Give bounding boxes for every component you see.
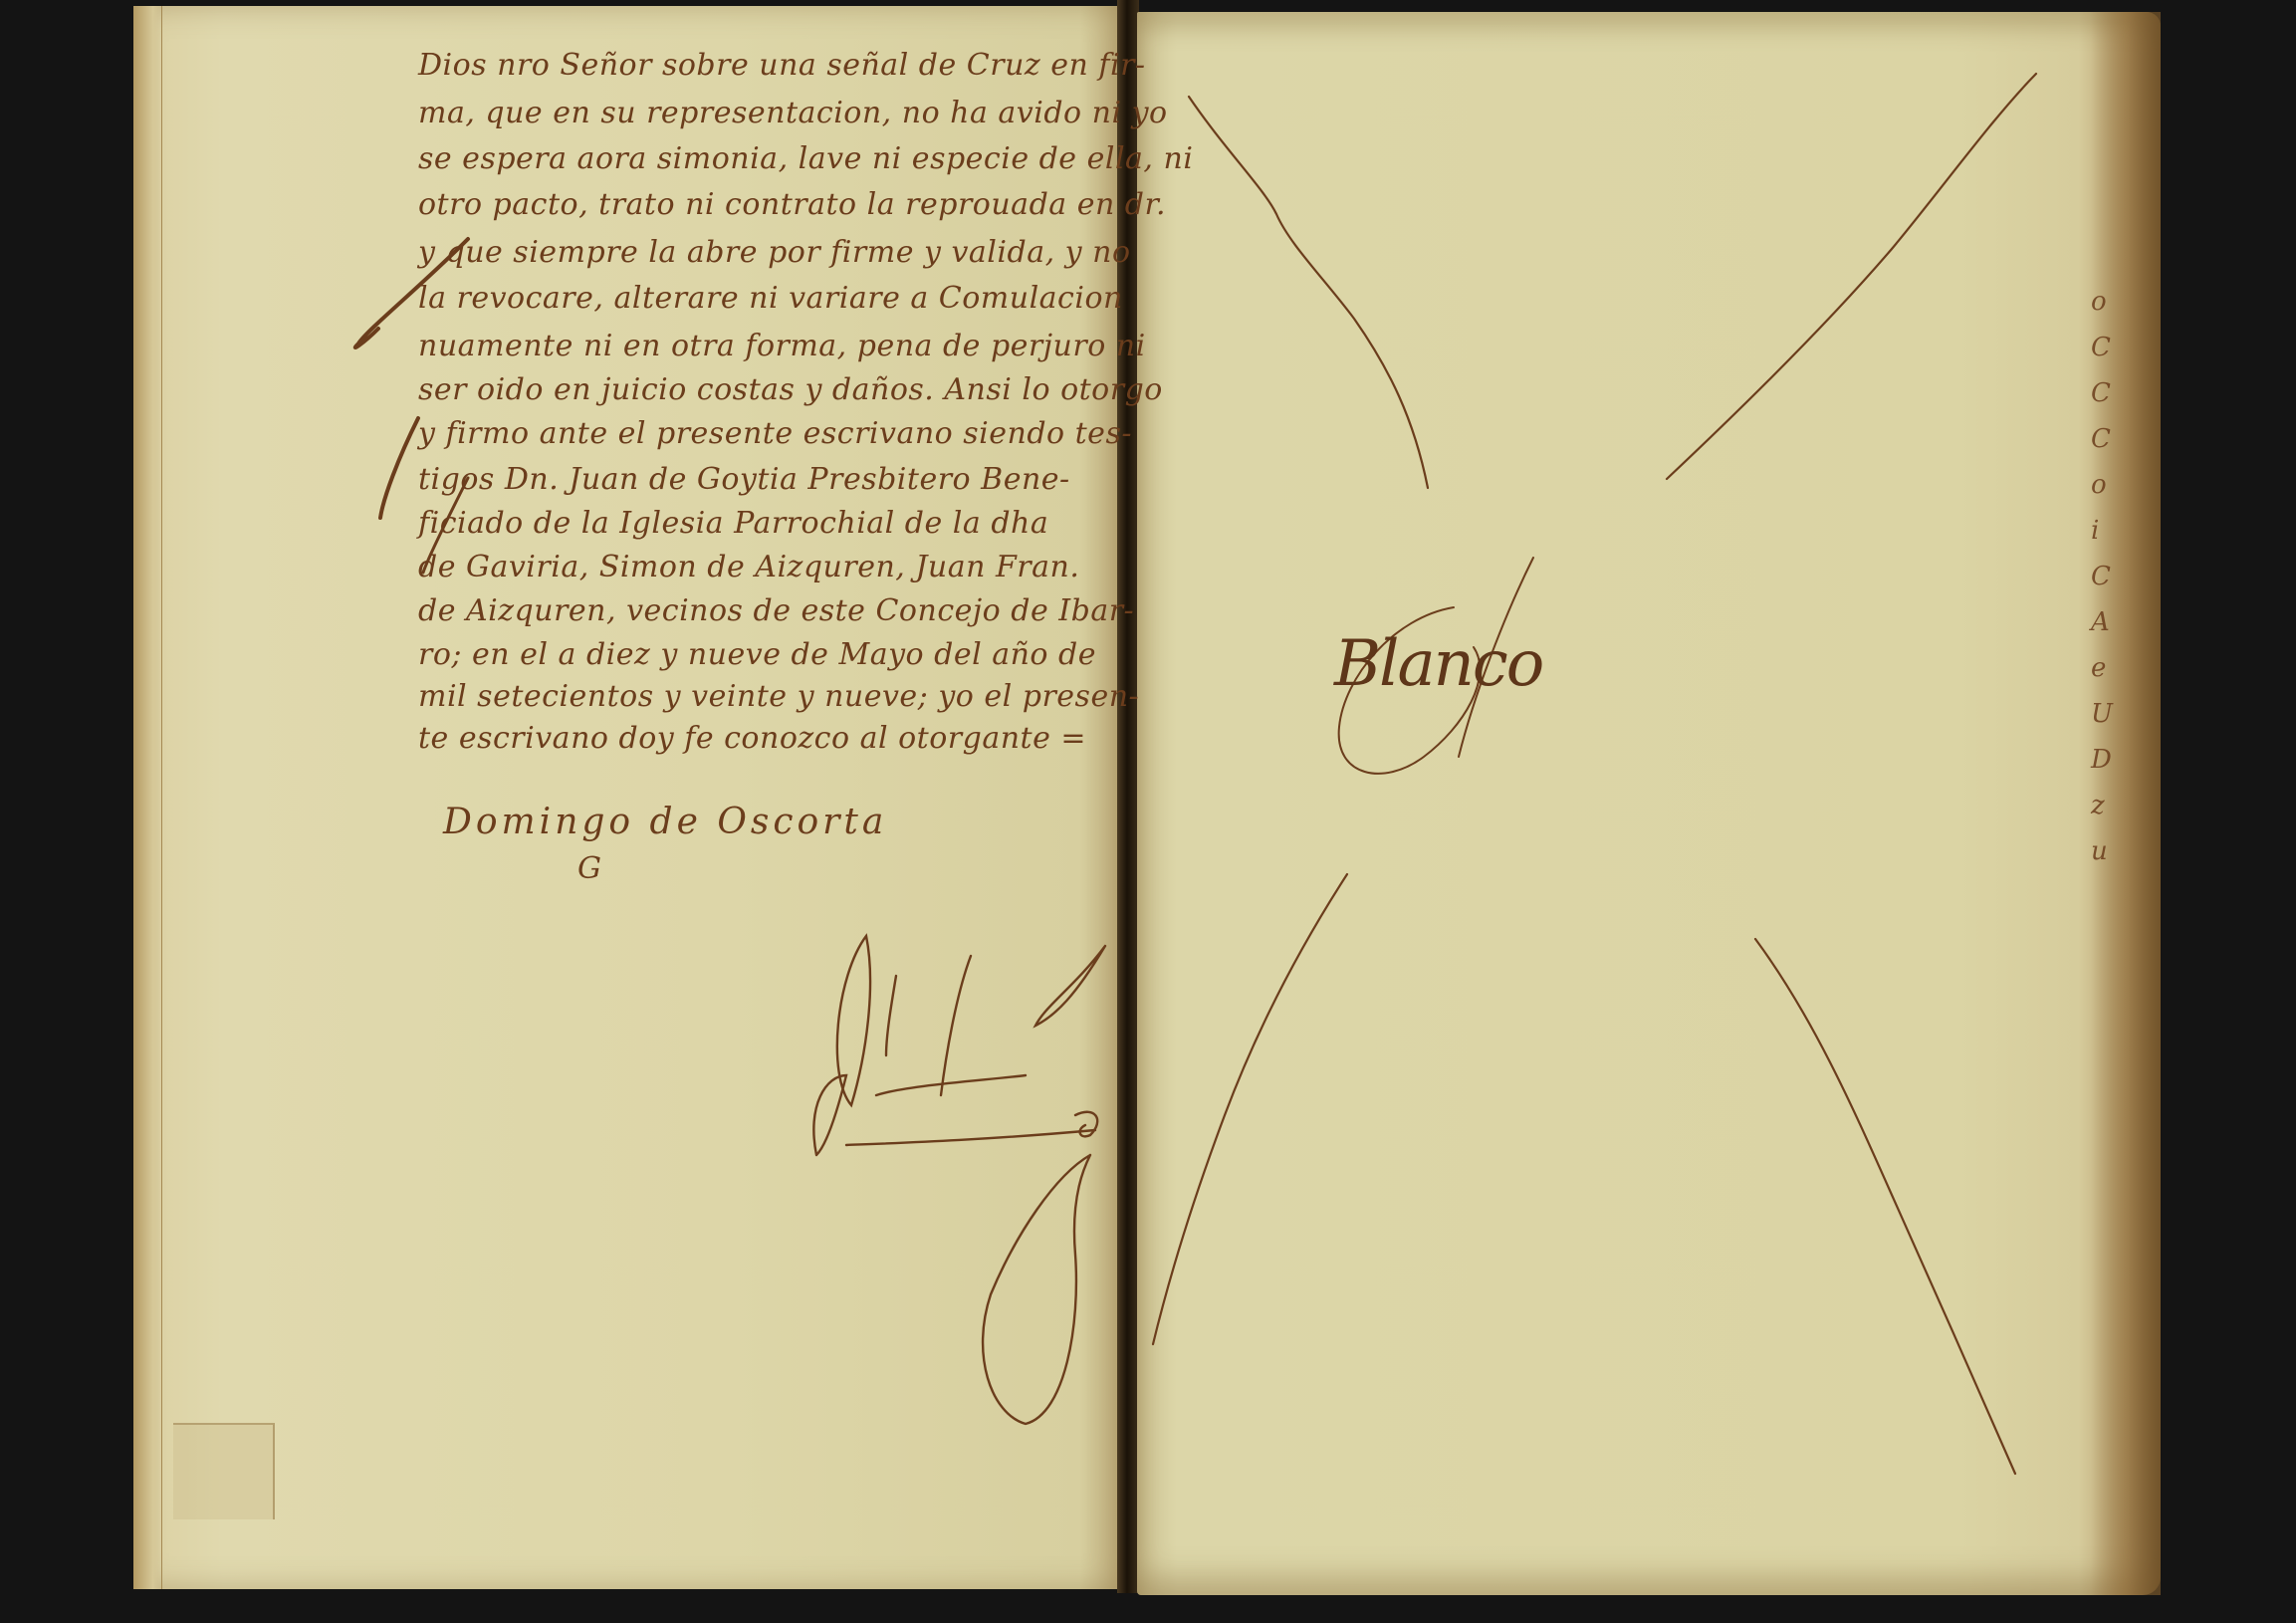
signatory-mark: G <box>577 851 601 886</box>
text-line: se espera aora simonia, lave ni especie … <box>418 141 1193 176</box>
text-line: Dios nro Señor sobre una señal de Cruz e… <box>418 48 1146 83</box>
text-line: ro; en el a diez y nueve de Mayo del año… <box>418 637 1096 672</box>
text-line: de Aizquren, vecinos de este Concejo de … <box>418 593 1134 628</box>
text-line: ficiado de la Iglesia Parrochial de la d… <box>418 506 1048 541</box>
text-line: nuamente ni en otra forma, pena de perju… <box>418 329 1146 363</box>
text-line: ma, que en su representacion, no ha avid… <box>418 96 1168 130</box>
text-line: ser oido en juicio costas y daños. Ansi … <box>418 372 1163 407</box>
page-fold-edge <box>133 6 162 1589</box>
text-line: y que siempre la abre por firme y valida… <box>418 235 1131 270</box>
right-page <box>1137 12 2161 1595</box>
signatory-name: Domingo de Oscorta <box>443 802 887 842</box>
marginal-letters-bleed: oCCCoiCAeUDzu <box>2091 279 2121 874</box>
text-line: tigos Dn. Juan de Goytia Presbitero Bene… <box>418 462 1070 497</box>
text-line: te escrivano doy fe conozco al otorgante… <box>418 721 1086 756</box>
text-line: otro pacto, trato ni contrato la reproua… <box>418 187 1166 222</box>
text-line: la revocare, alterare ni variare a Comul… <box>418 281 1123 316</box>
text-line: mil setecientos y veinte y nueve; yo el … <box>418 679 1139 714</box>
text-line: de Gaviria, Simon de Aizquren, Juan Fran… <box>418 550 1079 584</box>
text-line: y firmo ante el presente escrivano siend… <box>418 416 1132 451</box>
blanco-annotation: Blanco <box>1334 627 1542 701</box>
paper-repair-patch <box>173 1423 275 1519</box>
